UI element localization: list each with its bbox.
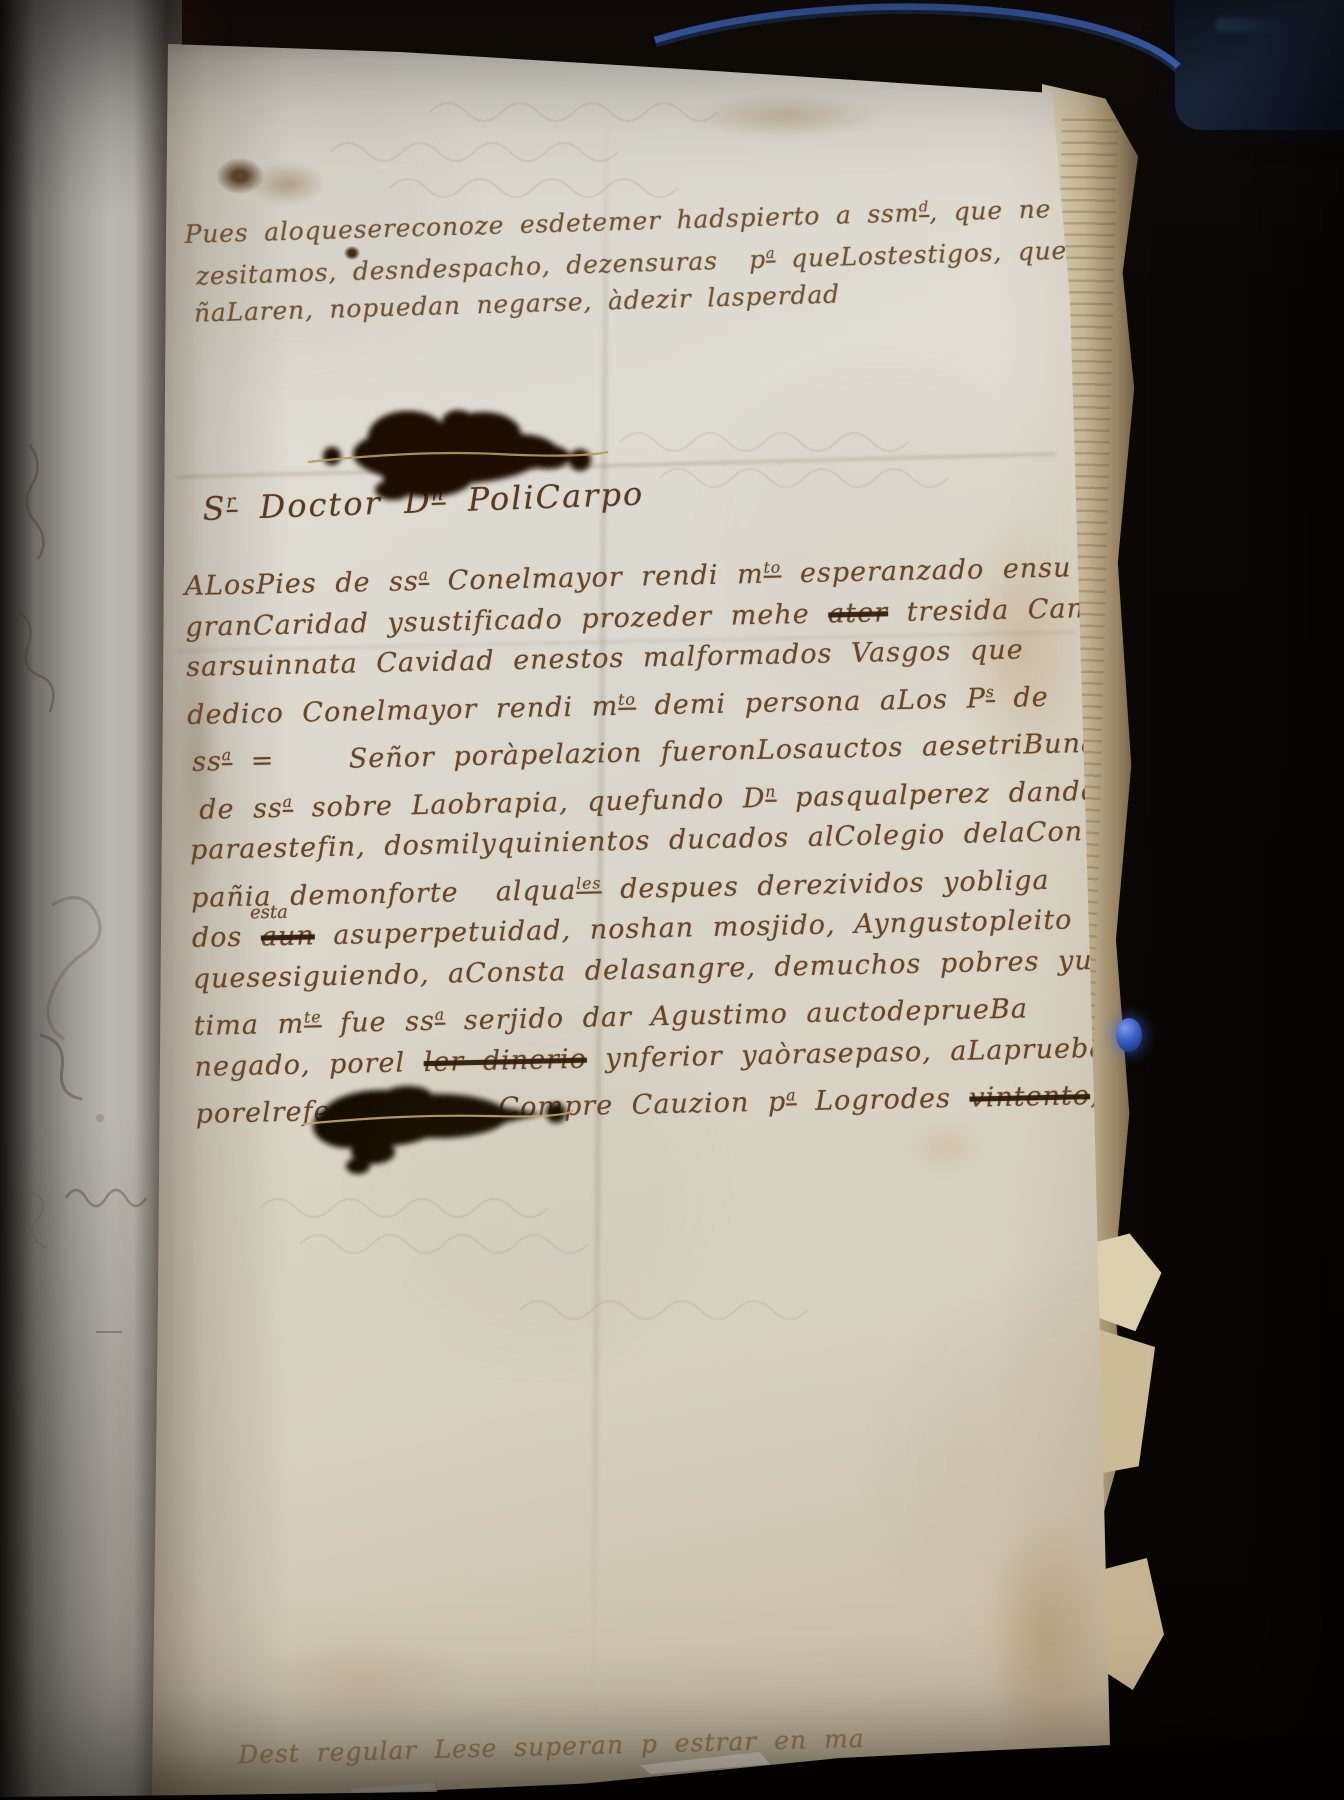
fold-crease-vertical	[591, 95, 609, 1735]
stain	[898, 1116, 993, 1178]
handwriting-line: porelreferido auto Compre Cauzion pa Log…	[195, 1069, 1101, 1135]
handwriting-line: Pues aloquesereconoze esdetemer hadspier…	[184, 186, 1065, 253]
blue-object-highlight	[1215, 18, 1305, 32]
fold-crease-horizontal	[176, 452, 1056, 478]
handwriting-line: negado, porel ler dinerio ynferior yaòra…	[194, 1028, 1100, 1087]
handwriting-line: tima mte fue ssa serjido dar Agustimo au…	[193, 981, 1099, 1047]
manuscript-photo: Pues aloquesereconoze esdetemer hadspier…	[0, 0, 1344, 1800]
stain	[690, 94, 880, 138]
stain	[344, 246, 360, 260]
stain	[216, 158, 264, 194]
handwriting-line: ssa = Señor poràpelazion fueronLosauctos…	[192, 717, 1094, 783]
handwriting-line: paraestefin, dosmilyquinientos ducados a…	[190, 812, 1096, 871]
manuscript-page: Pues aloquesereconoze esdetemer hadspier…	[0, 0, 1344, 1800]
stain	[985, 1515, 1110, 1760]
blue-led-dot	[1116, 1018, 1142, 1052]
quill-scratch-line	[303, 1110, 573, 1124]
opening-paragraph: Pues aloquesereconoze esdetemer hadspier…	[184, 186, 1067, 332]
handwriting-line: ñaLaren, nopuedan negarse, àdezir lasper…	[193, 269, 1067, 332]
bottom-faint-text: Dest regular Lese superan p estrar en ma	[238, 1724, 865, 1769]
handwriting-line: dos aun asuperpetuidad, noshan mosjido, …	[192, 900, 1098, 959]
salutation-line: Sr Doctor Dn PoliCarpo	[202, 475, 645, 528]
handwriting-line: granCaridad ysustificado prozeder mehe a…	[185, 589, 1091, 648]
quill-scratch-line	[308, 452, 608, 462]
lower-ink-blot	[288, 1066, 598, 1191]
petition-body-paragraph: ALosPies de ssa Conelmayor rendi mto esp…	[184, 541, 1101, 1135]
stain	[248, 162, 326, 206]
upper-ink-blot	[298, 392, 618, 522]
handwriting-line: sarsuinnata Cavidad enestos malformados …	[186, 629, 1092, 688]
stain	[176, 610, 220, 920]
interlinear-correction: esta	[250, 902, 288, 924]
ghost-bleedthrough-marks	[0, 0, 1344, 1800]
stain	[955, 515, 1090, 780]
handwriting-line: de ssa sobre Laobrapia, quefundo Dn pasq…	[199, 764, 1095, 830]
stain	[258, 1636, 468, 1720]
fold-crease-horizontal	[176, 631, 1076, 653]
handwriting-line: quesesiguiendo, aConsta delasangre, demu…	[192, 940, 1098, 999]
handwriting-line: zesitamos, desndespacho, dezensuras pa q…	[195, 227, 1066, 294]
handwriting-line: dedico Conelmayor rendi mto demi persona…	[187, 670, 1093, 736]
handwriting-line: ALosPies de ssa Conelmayor rendi mto esp…	[184, 541, 1090, 607]
handwriting-line: pañia demonforte alquales despues derezi…	[191, 852, 1097, 918]
